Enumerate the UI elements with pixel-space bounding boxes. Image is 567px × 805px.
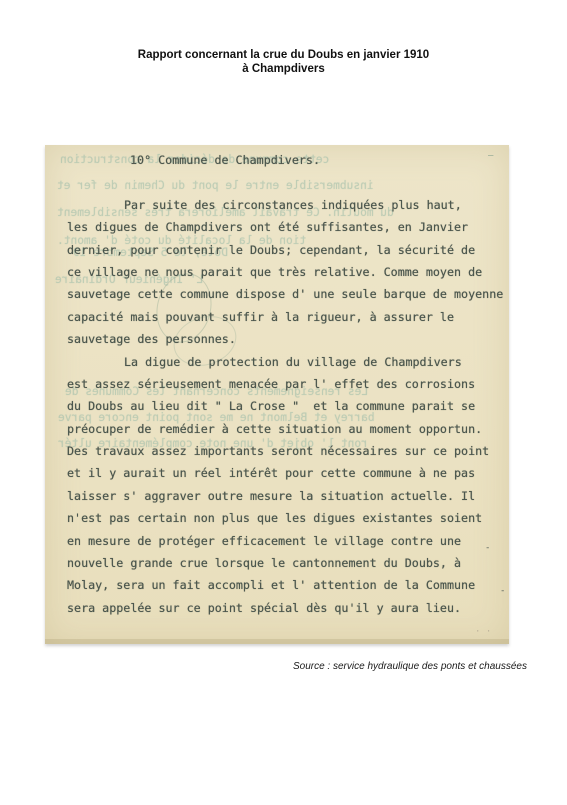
typed-line: laisser s' aggraver outre mesure la situ…: [67, 489, 507, 511]
typed-line: sera appelée sur ce point spécial dès qu…: [67, 601, 507, 623]
pencil-mark: -: [500, 586, 505, 596]
typed-heading-line: 10° Commune de Champdivers.: [67, 153, 507, 175]
typed-line: préocuper de remédier à cette situation …: [67, 422, 507, 444]
typed-line: en mesure de protéger efficacement le vi…: [67, 534, 507, 556]
typed-line: sauvetage des personnes.: [67, 332, 507, 354]
typed-line: est assez sérieusement menacée par l' ef…: [67, 377, 507, 399]
typed-line: capacité mais pouvant suffir à la rigueu…: [67, 310, 507, 332]
typed-line: dernier, pour contenir le Doubs; cependa…: [67, 243, 507, 265]
typed-line: n'est pas certain non plus que les digue…: [67, 511, 507, 533]
typed-line: Molay, sera un fait accompli et l' atten…: [67, 578, 507, 600]
typed-line: les digues de Champdivers ont été suffis…: [67, 220, 507, 242]
typed-line: Par suite des circonstances indiquées pl…: [67, 198, 507, 220]
typed-line: La digue de protection du village de Cha…: [67, 355, 507, 377]
typed-line: et il y aurait un réel intérêt pour cett…: [67, 466, 507, 488]
page-title: Rapport concernant la crue du Doubs en j…: [0, 48, 567, 76]
typed-line: nouvelle grande crue lorsque le cantonne…: [67, 556, 507, 578]
pencil-mark: —: [488, 151, 493, 161]
source-caption: Source : service hydraulique des ponts e…: [293, 661, 527, 672]
typewritten-text: 10° Commune de Champdivers. Par suite de…: [67, 153, 507, 623]
typed-line: ce village ne nous parait que très relat…: [67, 265, 507, 287]
typed-line: sauvetage cette commune dispose d' une s…: [67, 287, 507, 309]
title-line-1: Rapport concernant la crue du Doubs en j…: [0, 48, 567, 62]
typed-line: Des travaux assez importants seront néce…: [67, 444, 507, 466]
typed-line: [67, 175, 507, 197]
pencil-mark: · ·: [475, 627, 491, 637]
scanned-document: cette commune de décider la construction…: [45, 145, 509, 644]
typed-line: du Doubs au lieu dit " La Crose " et la …: [67, 399, 507, 421]
title-line-2: à Champdivers: [0, 62, 567, 76]
pencil-mark: -: [485, 543, 490, 553]
report-page: Rapport concernant la crue du Doubs en j…: [0, 0, 567, 805]
